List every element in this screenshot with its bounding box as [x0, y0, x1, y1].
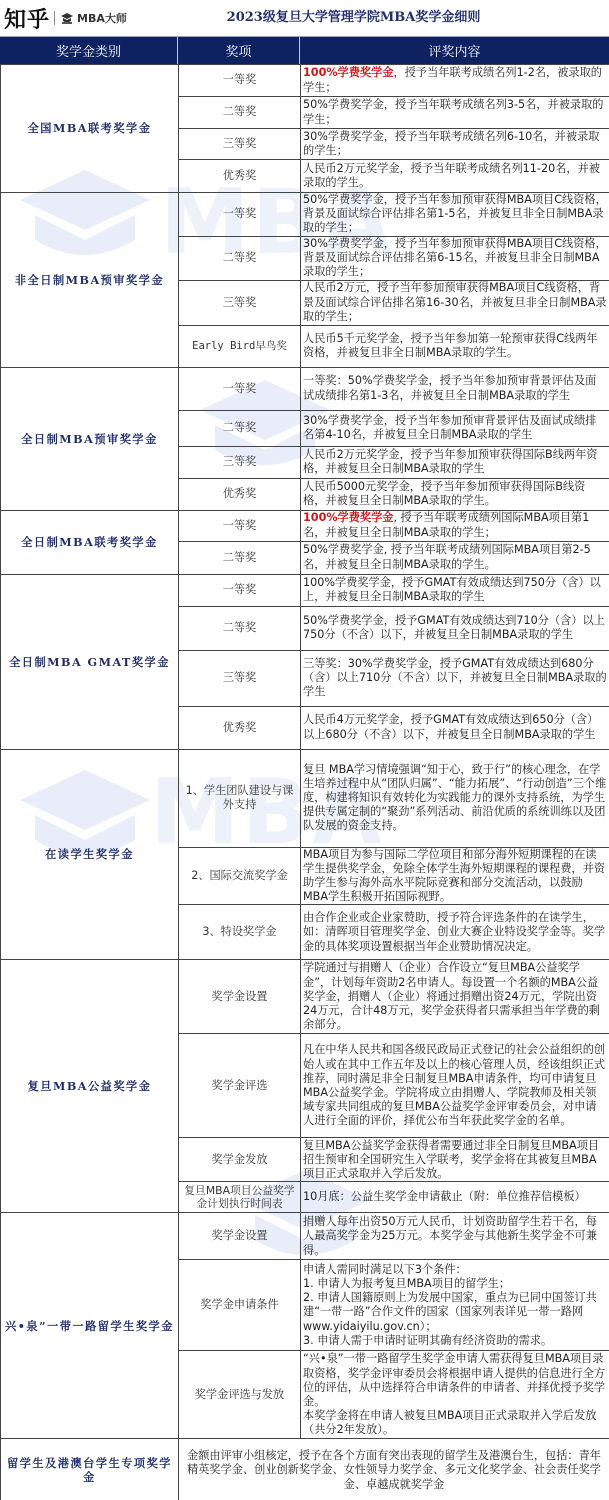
content-cell: 50%学费奖学金，授予当年参加预审获得MBA项目C线资格，背景及面试综合评估排名… [301, 193, 609, 237]
table-row: 在读学生奖学金 1、学生团队建设与课外支持 复旦 MBA学习情境强调“知于心，致… [1, 749, 609, 847]
content-cell: MBA项目为参与国际二学位项目和部分海外短期课程的在读学生提供奖学金，免除全体学… [301, 847, 609, 905]
award-cell: 奖学金发放 [179, 1138, 301, 1182]
award-cell: 三等奖 [179, 280, 301, 325]
category-cell: 兴•泉”一带一路留学生奖学金 [1, 1213, 179, 1439]
award-cell: 奖学金申请条件 [179, 1260, 301, 1351]
content-cell: 凡在中华人民共和国各级民政局正式登记的社会公益组织的创始人或在其中工作五年及以上… [301, 1034, 609, 1138]
award-cell: Early Bird早鸟奖 [179, 325, 301, 367]
top-bar: 知乎 MBA大师 2023级复旦大学管理学院MBA奖学金细则 [0, 0, 609, 37]
category-cell: 全国MBA联考奖学金 [1, 65, 179, 193]
award-cell: 三等奖 [179, 446, 301, 478]
content-cell: 50%学费奖学金，授予当年联考成绩名列3-5名，并被录取的学生； [301, 97, 609, 129]
content-cell: 学院通过与捐赠人（企业）合作设立“复旦MBA公益奖学金”，计划每年资助2名申请人… [301, 960, 609, 1034]
graduation-cap-icon [60, 12, 74, 25]
document-title: 2023级复旦大学管理学院MBA奖学金细则 [178, 0, 609, 36]
award-cell: 优秀奖 [179, 478, 301, 510]
award-cell: 一等奖 [179, 65, 301, 97]
header-content: 评奖内容 [300, 37, 609, 64]
table-row: 全日制MBA联考奖学金 一等奖 100%学费奖学金, 授予当年联考成绩列国际MB… [1, 510, 609, 541]
brand-divider [54, 11, 55, 25]
category-cell: 非全日制MBA预审奖学金 [1, 193, 179, 368]
content-cell: 人民币4万元奖学金，授予GMAT有效成绩达到650分（含）以上680分（不含）以… [301, 706, 609, 749]
content-line: 申请人需同时满足以下3个条件： [303, 1263, 607, 1277]
scholarship-table: 全国MBA联考奖学金 一等奖 100%学费奖学金，授予当年联考成绩名列1-2名，… [0, 64, 609, 1500]
content-cell: 复旦 MBA学习情境强调“知于心，致于行”的核心理念，在学生培养过程中从“团队归… [301, 749, 609, 847]
award-cell: 二等奖 [179, 236, 301, 280]
zhihu-logo[interactable]: 知乎 [4, 3, 50, 34]
content-cell-merged: 金额由评审小组核定，授予在各个方面有突出表现的留学生及港澳台生，包括：青年精英奖… [179, 1439, 609, 1500]
table-row: 全国MBA联考奖学金 一等奖 100%学费奖学金，授予当年联考成绩名列1-2名，… [1, 65, 609, 97]
award-cell: 2、国际交流奖学金 [179, 847, 301, 905]
content-line: 3. 申请人需于申请时证明其确有经济资助的需求。 [303, 1334, 607, 1348]
header-award: 奖项 [178, 37, 300, 64]
content-cell: 人民币5000元奖学金，授予当年参加预审获得国际B线资格，并被复旦全日制MBA录… [301, 478, 609, 510]
table-row: 留学生及港澳台学生专项奖学金 金额由评审小组核定，授予在各个方面有突出表现的留学… [1, 1439, 609, 1500]
award-cell: 优秀奖 [179, 160, 301, 193]
award-cell: 奖学金评选与发放 [179, 1351, 301, 1439]
category-cell: 全日制MBA联考奖学金 [1, 510, 179, 574]
highlight-text: 100%学费奖学金 [303, 66, 394, 79]
award-cell: 二等奖 [179, 410, 301, 446]
content-cell: 人民币2万元奖学金，授予当年联考成绩名列11-20名，并被录取的学生。 [301, 160, 609, 193]
award-cell: 三等奖 [179, 650, 301, 706]
content-cell: 30%学费奖学金，授予当年参加预审获得MBA项目C线资格，背景及面试综合评估排名… [301, 236, 609, 280]
content-cell: 一等奖：50%学费奖学金，授予当年参加预审背景评估及面试成绩排名第1-3名，并被… [301, 367, 609, 410]
content-cell: 人民币2万元，授予当年参加预审获得MBA项目C线资格，背景及面试综合评估排名第1… [301, 280, 609, 325]
category-cell: 全日制MBA GMAT奖学金 [1, 574, 179, 749]
mba-master-logo: MBA大师 [60, 10, 127, 26]
content-cell: 50%学费奖学金, 授予当年联考成绩列国际MBA项目第2-5名，并被复旦全日制M… [301, 541, 609, 574]
content-line: 本奖学金将在申请人被复旦MBA项目正式录取并入学后发放（共分2年发放）。 [303, 1409, 607, 1437]
table-row: 复旦MBA公益奖学金 奖学金设置 学院通过与捐赠人（企业）合作设立“复旦MBA公… [1, 960, 609, 1034]
award-cell: 二等奖 [179, 97, 301, 129]
award-cell: 奖学金设置 [179, 1213, 301, 1260]
content-cell: 50%学费奖学金，授予GMAT有效成绩达到710分（含）以上750分（不含）以下… [301, 606, 609, 650]
award-cell: 二等奖 [179, 541, 301, 574]
award-cell: 三等奖 [179, 129, 301, 160]
category-cell: 留学生及港澳台学生专项奖学金 [1, 1439, 179, 1500]
content-cell: 人民币2万元奖学金，授予当年参加预审获得国际B线两年资格，并被复旦全日制MBA录… [301, 446, 609, 478]
award-cell: 一等奖 [179, 193, 301, 237]
award-cell: 1、学生团队建设与课外支持 [179, 749, 301, 847]
award-cell: 奖学金评选 [179, 1034, 301, 1138]
brand-area: 知乎 MBA大师 [4, 4, 127, 32]
content-cell: “兴•泉”一带一路留学生奖学金申请人需获得复旦MBA项目录取资格，奖学金评审委员… [301, 1351, 609, 1439]
header-category: 奖学金类别 [0, 37, 178, 64]
content-cell: 三等奖：30%学费奖学金，授予GMAT有效成绩达到680分（含）以上710分（不… [301, 650, 609, 706]
partner-name: MBA大师 [77, 10, 127, 26]
category-cell: 复旦MBA公益奖学金 [1, 960, 179, 1213]
table-header: 奖学金类别 奖项 评奖内容 [0, 37, 609, 64]
content-cell: 由合作企业或企业家赞助，授予符合评选条件的在读学生，如：清晖项目管理奖学金、创业… [301, 905, 609, 960]
award-cell: 一等奖 [179, 367, 301, 410]
award-cell: 一等奖 [179, 574, 301, 606]
content-cell: 100%学费奖学金, 授予当年联考成绩列国际MBA项目第1名，并被复旦全日制MB… [301, 510, 609, 541]
content-cell: 捐赠人每年出资50万元人民币，计划资助留学生若干名，每人最高奖学金为25万元。本… [301, 1213, 609, 1260]
table-row: 全日制MBA GMAT奖学金 一等奖 100%学费奖学金，授予GMAT有效成绩达… [1, 574, 609, 606]
content-cell: 30%学费奖学金，授予当年联考成绩名列6-10名，并被录取的学生； [301, 129, 609, 160]
content-cell: 复旦MBA公益奖学金获得者需要通过非全日制复旦MBA项目招生预审和全国研究生入学… [301, 1138, 609, 1182]
category-cell: 全日制MBA预审奖学金 [1, 367, 179, 510]
table-row: 非全日制MBA预审奖学金 一等奖 50%学费奖学金，授予当年参加预审获得MBA项… [1, 193, 609, 237]
content-cell: 30%学费奖学金，授予当年参加预审背景评估及面试成绩排名第4-10名，并被复旦全… [301, 410, 609, 446]
content-cell: 申请人需同时满足以下3个条件： 1. 申请人为报考复旦MBA项目的留学生； 2.… [301, 1260, 609, 1351]
table-row: 全日制MBA预审奖学金 一等奖 一等奖：50%学费奖学金，授予当年参加预审背景评… [1, 367, 609, 410]
content-cell: 人民币5千元奖学金，授予当年参加第一轮预审获得C线两年资格，并被复旦非全日制MB… [301, 325, 609, 367]
award-cell: 3、特设奖学金 [179, 905, 301, 960]
award-cell: 复旦MBA项目公益奖学金计划执行时间表 [179, 1182, 301, 1213]
content-line: “兴•泉”一带一路留学生奖学金申请人需获得复旦MBA项目录取资格，奖学金评审委员… [303, 1352, 607, 1409]
award-cell: 优秀奖 [179, 706, 301, 749]
category-cell: 在读学生奖学金 [1, 749, 179, 960]
content-cell: 100%学费奖学金，授予当年联考成绩名列1-2名，被录取的学生； [301, 65, 609, 97]
award-cell: 奖学金设置 [179, 960, 301, 1034]
highlight-text: 100%学费奖学金 [303, 511, 394, 524]
document-title-text: 2023级复旦大学管理学院MBA奖学金细则 [227, 10, 481, 25]
content-line: 2. 申请人国籍原则上为发展中国家，重点为已同中国签订共建“一带一路”合作文件的… [303, 1291, 607, 1334]
table-row: 兴•泉”一带一路留学生奖学金 奖学金设置 捐赠人每年出资50万元人民币，计划资助… [1, 1213, 609, 1260]
award-cell: 一等奖 [179, 510, 301, 541]
content-line: 1. 申请人为报考复旦MBA项目的留学生； [303, 1277, 607, 1291]
award-cell: 二等奖 [179, 606, 301, 650]
content-cell: 100%学费奖学金，授予GMAT有效成绩达到750分（含）以上，并被复旦全日制M… [301, 574, 609, 606]
content-cell: 10月底：公益生奖学金申请截止（附：单位推荐信模板） [301, 1182, 609, 1213]
